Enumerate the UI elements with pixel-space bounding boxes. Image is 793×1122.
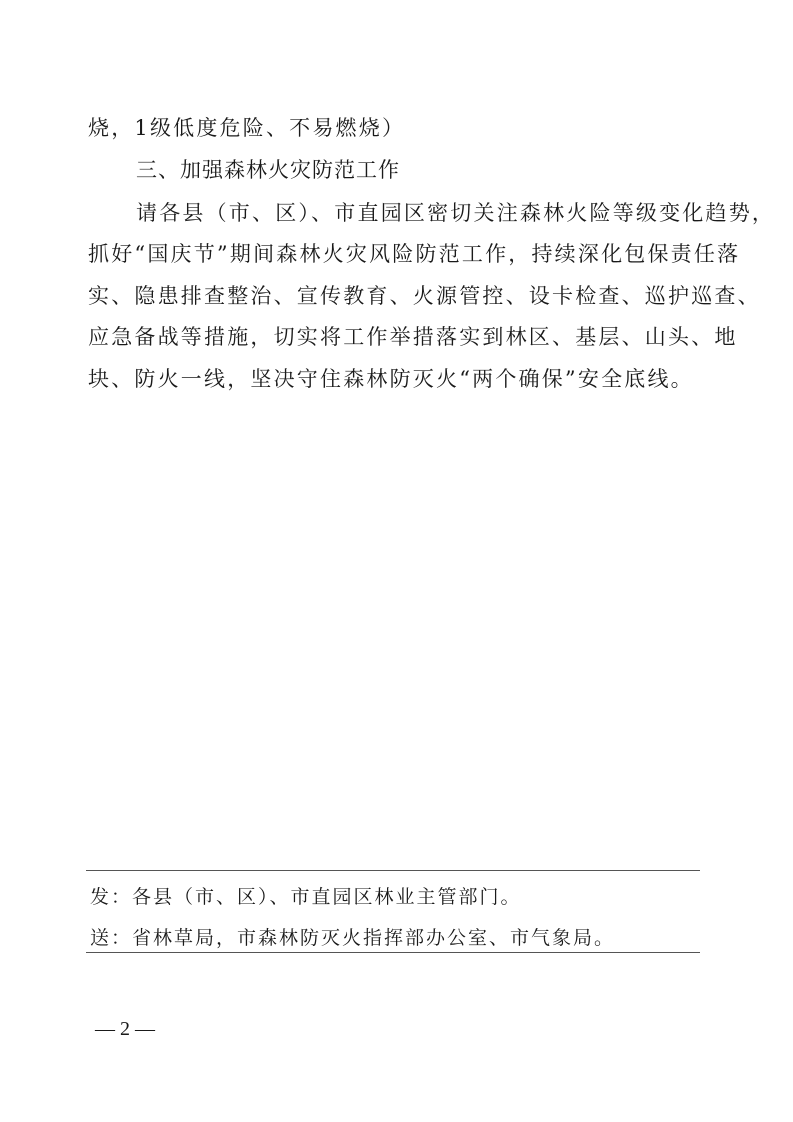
paragraph-line: 请各县（市、区）、市直园区密切关注森林火险等级变化趋势， xyxy=(136,199,756,227)
paragraph-line: 抓好“国庆节”期间森林火灾风险防范工作，持续深化包保责任落 xyxy=(88,240,708,268)
bottom-divider xyxy=(86,952,700,953)
top-divider xyxy=(86,870,700,871)
paragraph-line: 实、隐患排查整治、宣传教育、火源管控、设卡检查、巡护巡查、 xyxy=(88,282,708,310)
section-heading: 三、加强森林火灾防范工作 xyxy=(136,156,400,184)
copy-to-line: 送：省林草局，市森林防灭火指挥部办公室、市气象局。 xyxy=(90,925,615,951)
continuation-text: 烧，1级低度危险、不易燃烧） xyxy=(88,114,708,142)
paragraph-line: 应急备战等措施，切实将工作举措落实到林区、基层、山头、地 xyxy=(88,323,708,351)
send-to-line: 发：各县（市、区）、市直园区林业主管部门。 xyxy=(90,884,522,910)
page-number: — 2 — xyxy=(95,1018,155,1041)
paragraph-line: 块、防火一线，坚决守住森林防灭火“两个确保”安全底线。 xyxy=(88,365,708,393)
